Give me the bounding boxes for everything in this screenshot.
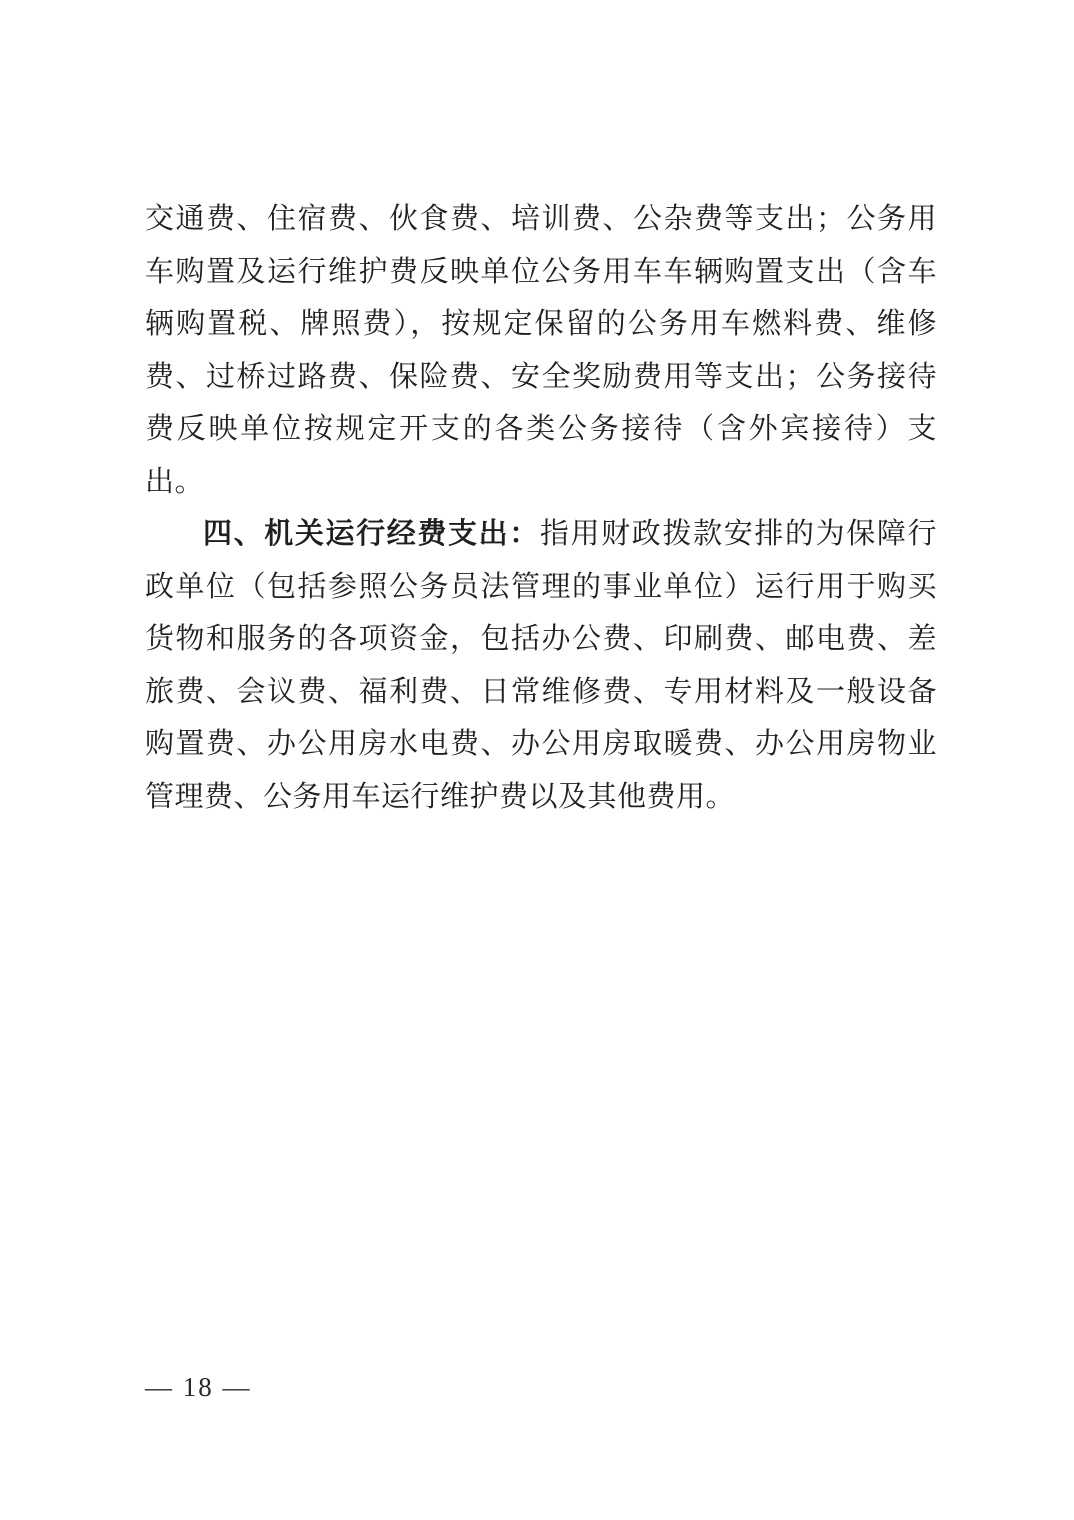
- paragraph-text: 指用财政拨款安排的为保障行政单位（包括参照公务员法管理的事业单位）运行用于购买货…: [145, 518, 937, 813]
- paragraph-section-4: 四、机关运行经费支出：指用财政拨款安排的为保障行政单位（包括参照公务员法管理的事…: [145, 508, 937, 823]
- document-page: 交通费、住宿费、伙食费、培训费、公杂费等支出；公务用车购置及运行维护费反映单位公…: [0, 0, 1074, 1520]
- section-heading: 四、机关运行经费支出：: [203, 518, 540, 550]
- paragraph-text: 交通费、住宿费、伙食费、培训费、公杂费等支出；公务用车购置及运行维护费反映单位公…: [145, 203, 937, 498]
- page-number: — 18 —: [145, 1372, 252, 1403]
- paragraph-continuation: 交通费、住宿费、伙食费、培训费、公杂费等支出；公务用车购置及运行维护费反映单位公…: [145, 193, 937, 508]
- document-body: 交通费、住宿费、伙食费、培训费、公杂费等支出；公务用车购置及运行维护费反映单位公…: [145, 193, 937, 823]
